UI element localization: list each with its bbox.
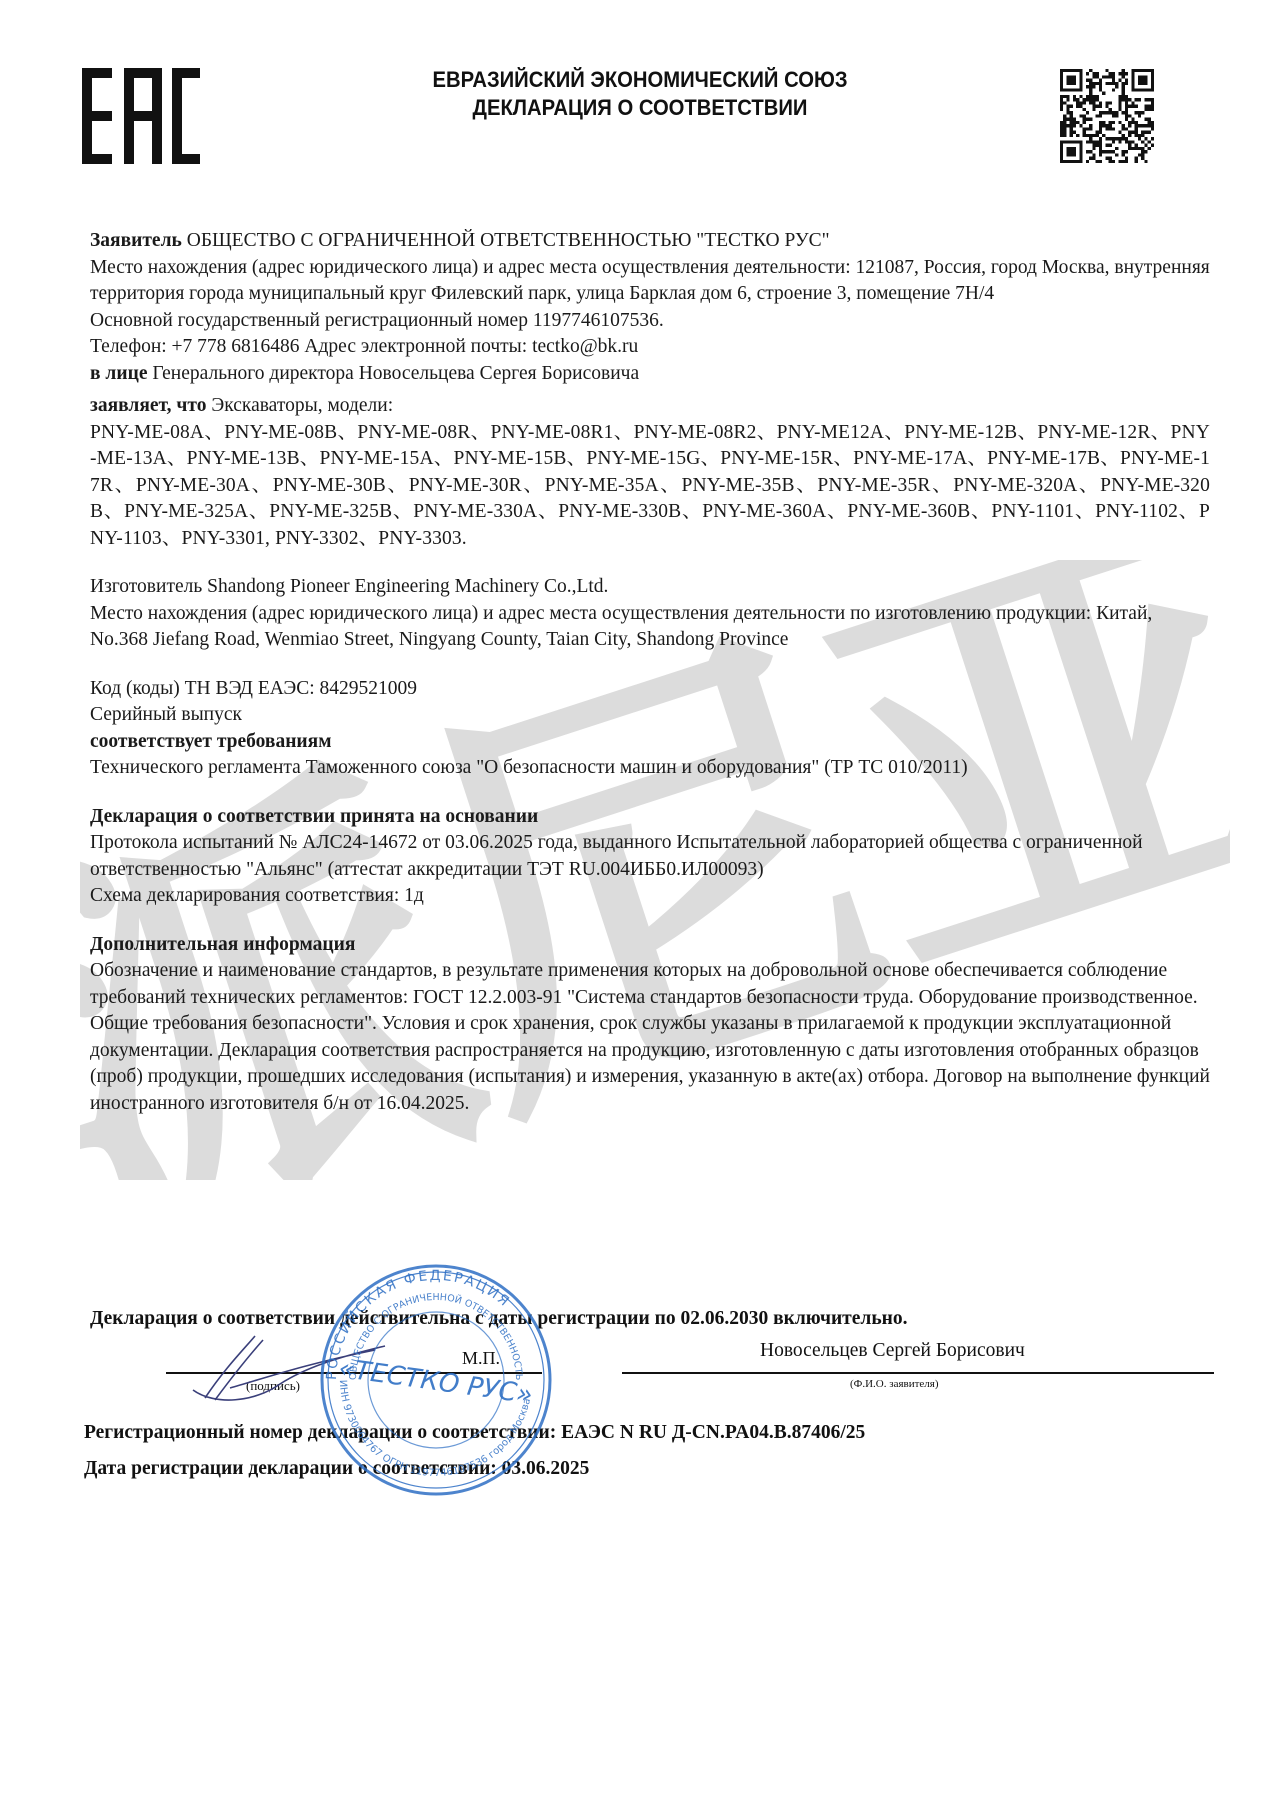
document-header: ЕВРАЗИЙСКИЙ ЭКОНОМИЧЕСКИЙ СОЮЗ ДЕКЛАРАЦИ… [309, 66, 971, 122]
declares-line: заявляет, что Экскаваторы, модели: [90, 393, 1210, 420]
document-body: Заявитель ОБЩЕСТВО С ОГРАНИЧЕННОЙ ОТВЕТС… [90, 228, 1210, 1117]
applicant-line: Заявитель ОБЩЕСТВО С ОГРАНИЧЕННОЙ ОТВЕТС… [90, 228, 1210, 255]
representative-name: Генерального директора Новосельцева Серг… [147, 363, 639, 384]
validity-statement: Декларация о соответствии действительна … [90, 1308, 908, 1330]
applicant-address: Место нахождения (адрес юридического лиц… [90, 255, 1210, 308]
model-list: PNY-ME-08A、PNY-ME-08B、PNY-ME-08R、PNY-ME-… [90, 420, 1210, 553]
conforms-heading: соответствует требованиям [90, 731, 332, 752]
product-name: Экскаваторы, модели: [207, 395, 394, 416]
signature-caption: (подпись) [246, 1378, 300, 1394]
declaration-title: ДЕКЛАРАЦИЯ О СООТВЕТСТВИИ [309, 94, 971, 122]
svg-text:«ТЕСТКО РУС»: «ТЕСТКО РУС» [337, 1354, 535, 1411]
conforms-label: соответствует требованиям [90, 729, 1210, 756]
hs-code: Код (коды) ТН ВЭД ЕАЭС: 8429521009 [90, 676, 1210, 703]
declaration-scheme: Схема декларирования соответствия: 1д [90, 883, 1210, 910]
applicant-name: ОБЩЕСТВО С ОГРАНИЧЕННОЙ ОТВЕТСТВЕННОСТЬЮ… [182, 230, 830, 251]
qr-code-icon[interactable] [1060, 68, 1154, 164]
applicant-signatory-name: Новосельцев Сергей Борисович [760, 1340, 1025, 1362]
basis-heading: Декларация о соответствии принята на осн… [90, 804, 1210, 831]
applicant-label: Заявитель [90, 230, 182, 251]
handwritten-signature [185, 1328, 405, 1408]
declares-label: заявляет, что [90, 395, 207, 416]
registration-date: Дата регистрации декларации о соответств… [84, 1458, 589, 1480]
additional-heading: Дополнительная информация [90, 932, 1210, 959]
registration-number: Регистрационный номер декларации о соотв… [84, 1422, 865, 1444]
manufacturer-address: Место нахождения (адрес юридического лиц… [90, 601, 1210, 654]
additional-text: Обозначение и наименование стандартов, в… [90, 958, 1210, 1117]
signature-line [166, 1372, 542, 1374]
name-caption: (Ф.И.О. заявителя) [850, 1378, 939, 1390]
additional-heading-text: Дополнительная информация [90, 934, 355, 955]
union-title: ЕВРАЗИЙСКИЙ ЭКОНОМИЧЕСКИЙ СОЮЗ [309, 66, 971, 94]
production-type: Серийный выпуск [90, 702, 1210, 729]
technical-regulation: Технического регламента Таможенного союз… [90, 755, 1210, 782]
applicant-contacts: Телефон: +7 778 6816486 Адрес электронно… [90, 334, 1210, 361]
manufacturer-name: Изготовитель Shandong Pioneer Engineerin… [90, 574, 1210, 601]
name-line [622, 1372, 1214, 1374]
seal-place-label: М.П. [462, 1348, 500, 1369]
test-protocol: Протокола испытаний № АЛС24-14672 от 03.… [90, 830, 1210, 883]
basis-heading-text: Декларация о соответствии принята на осн… [90, 806, 538, 827]
eac-logo [82, 68, 200, 164]
declaration-page: 派尼亚 ЕВРАЗИЙСКИЙ ЭКОНОМИЧЕСКИЙ СОЮЗ ДЕКЛА… [0, 0, 1280, 1811]
representative-label: в лице [90, 363, 147, 384]
representative-line: в лице Генерального директора Новосельце… [90, 361, 1210, 388]
applicant-ogrn: Основной государственный регистрационный… [90, 308, 1210, 335]
